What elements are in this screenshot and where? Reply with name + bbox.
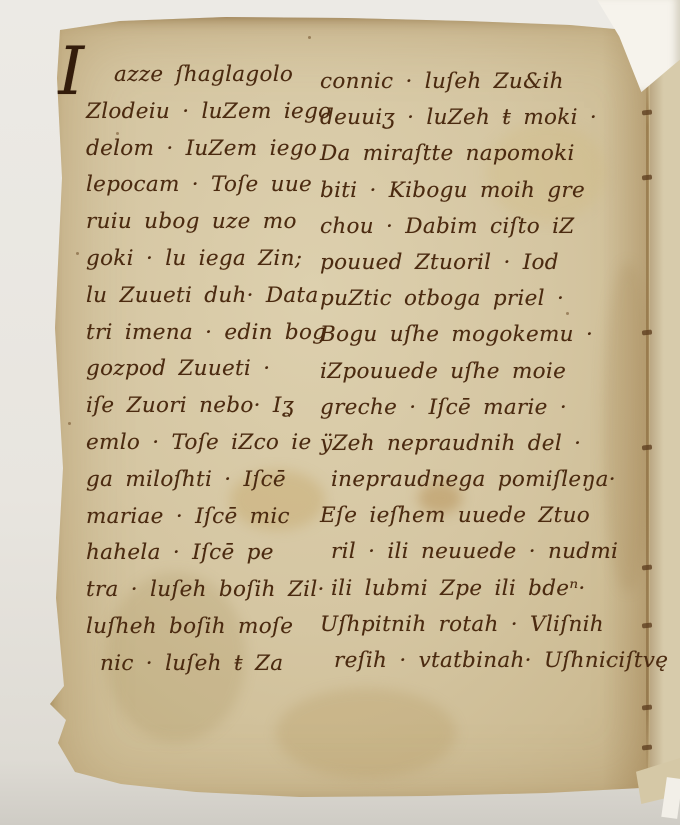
manuscript-line: reſih · vtatbinah· Uſhniciſtvę <box>320 643 668 679</box>
manuscript-line: goki · lu iega Zin; <box>86 241 331 278</box>
manuscript-photo: I azze ſhaglagolo Zlodeiu · luZem iego d… <box>0 0 680 825</box>
manuscript-line: ruiu ubog uze mo <box>86 204 331 241</box>
manuscript-line: gozpod Zuueti · <box>86 351 331 388</box>
manuscript-line: pouued Ztuoril · Iod <box>320 245 668 281</box>
manuscript-line: Bogu uſhe mogokemu · <box>320 317 668 353</box>
manuscript-line: Zlodeiu · luZem iego <box>86 94 331 131</box>
text-column-left: azze ſhaglagolo Zlodeiu · luZem iego del… <box>86 57 331 683</box>
speck <box>76 252 79 255</box>
manuscript-line: ga miloſhti · Iſcē <box>86 462 331 499</box>
manuscript-line: greche · Iſcē marie · <box>320 390 668 426</box>
speck <box>68 422 71 425</box>
manuscript-line: lepocam · Toſe uue <box>86 167 331 204</box>
manuscript-line: ril · ili neuuede · nudmi <box>320 534 668 570</box>
manuscript-line: tra · luſeh boſih Zil· <box>86 572 331 609</box>
manuscript-line: Uſhpitnih rotah · Vliſnih <box>320 607 668 643</box>
manuscript-line: nic · luſeh ŧ Za <box>86 646 331 683</box>
text-column-right: connic · luſeh Zu&ih deuuiʒ · luZeh ŧ mo… <box>320 64 668 679</box>
manuscript-line: Eſe ieſhem uuede Ztuo <box>320 498 668 534</box>
manuscript-line: mariae · Iſcē mic <box>86 499 331 536</box>
manuscript-line: puZtic otboga priel · <box>320 281 668 317</box>
manuscript-line: deuuiʒ · luZeh ŧ moki · <box>320 100 668 136</box>
manuscript-line: inepraudnega pomiſleŋa· <box>320 462 668 498</box>
manuscript-line: Da miraſtte napomoki <box>320 136 668 172</box>
manuscript-line: lu Zuueti duh· Data <box>86 278 331 315</box>
manuscript-line: connic · luſeh Zu&ih <box>320 64 668 100</box>
manuscript-line: iſe Zuori nebo· Iʓ <box>86 388 331 425</box>
manuscript-line: iZpouuede uſhe moie <box>320 354 668 390</box>
drop-cap-initial: I <box>58 38 84 106</box>
manuscript-line: delom · IuZem iego <box>86 131 331 168</box>
manuscript-line: luſheh boſih moſe <box>86 609 331 646</box>
parchment-page: I azze ſhaglagolo Zlodeiu · luZem iego d… <box>46 12 680 814</box>
manuscript-line: ili lubmi Zpe ili bdeⁿ· <box>320 571 668 607</box>
manuscript-line: chou · Dabim ciſto iZ <box>320 209 668 245</box>
manuscript-line: ÿZeh nepraudnih del · <box>320 426 668 462</box>
manuscript-line: tri imena · edin bog <box>86 315 331 352</box>
stain <box>276 688 456 778</box>
manuscript-line: biti · Kibogu moih gre <box>320 173 668 209</box>
manuscript-line: azze ſhaglagolo <box>86 57 331 94</box>
binding-stitch <box>642 704 652 710</box>
manuscript-line: hahela · Iſcē pe <box>86 535 331 572</box>
binding-stitch <box>642 744 652 750</box>
speck <box>308 36 311 39</box>
manuscript-line: emlo · Toſe iZco ie <box>86 425 331 462</box>
